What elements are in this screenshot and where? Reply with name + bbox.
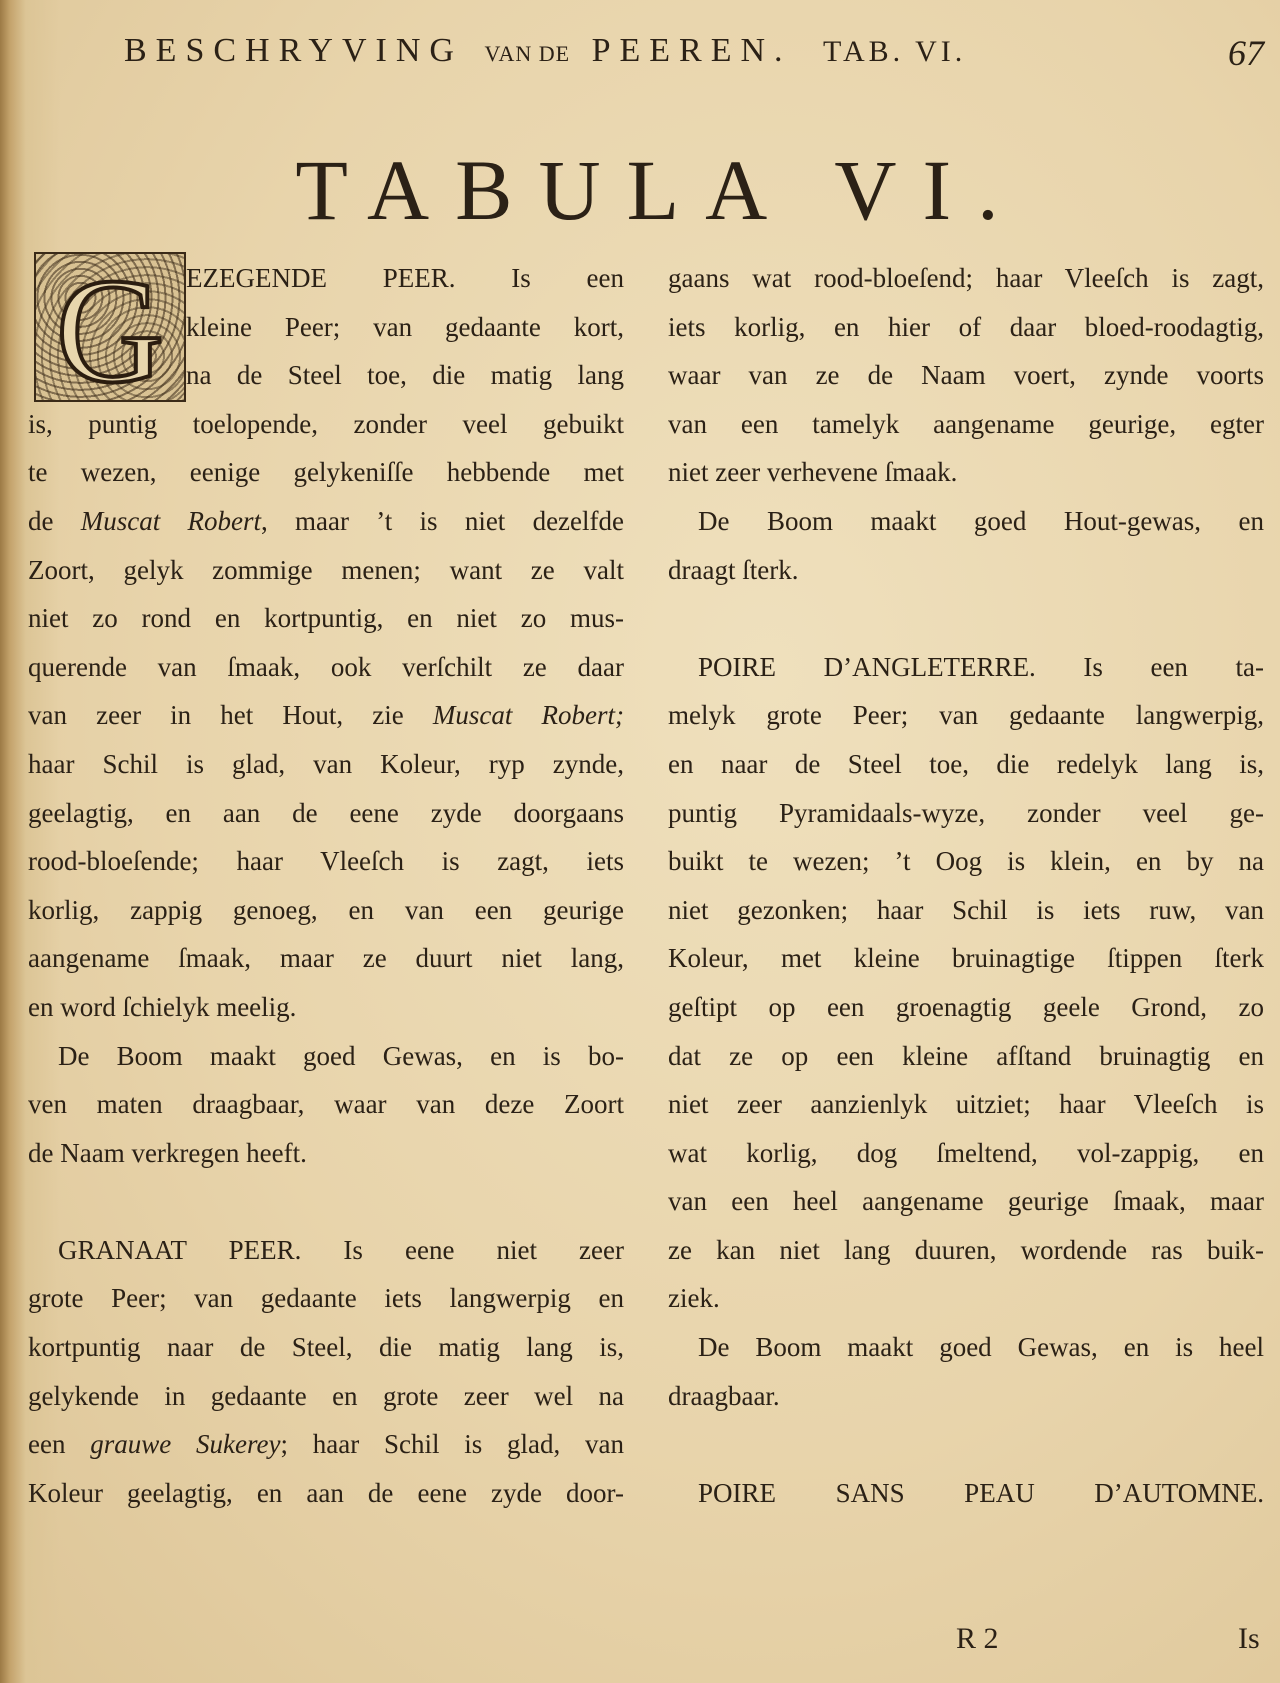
chapter-title: TABULA VI. [0,140,1280,240]
text-fragment: de [28,506,81,536]
text-line: Koleur geelagtig, en aan de eene zyde do… [28,1469,624,1518]
paragraph-gap [668,1420,1264,1469]
text-line: melyk grote Peer; van gedaante langwerpi… [668,691,1264,740]
text-fragment: ; haar Schil is glad, van [280,1429,624,1459]
text-line: draagbaar. [668,1372,1264,1421]
text-line: en word ſchielyk meelig. [28,983,624,1032]
page-number: 67 [1228,32,1264,74]
text-line: De Boom maakt goed Gewas, en is heel [668,1323,1264,1372]
text-line: draagt ſterk. [668,546,1264,595]
text-line: haar Schil is glad, van Koleur, ryp zynd… [28,740,624,789]
text-line: De Boom maakt goed Gewas, en is bo- [28,1032,624,1081]
text-line: iets korlig, en hier of daar bloed-rooda… [668,303,1264,352]
text-line: wat korlig, dog ſmeltend, vol-zappig, en [668,1129,1264,1178]
text-line: De Boom maakt goed Hout-gewas, en [668,497,1264,546]
paragraph-gap [668,594,1264,643]
text-line: ziek. [668,1274,1264,1323]
text-line: kortpuntig naar de Steel, die matig lang… [28,1323,624,1372]
book-page: BESCHRYVING VAN DE PEEREN. TAB. VI. 67 T… [0,0,1280,1683]
text-line: niet zeer aanzienlyk uitziet; haar Vleeſ… [668,1080,1264,1129]
text-line: de Muscat Robert, maar ’t is niet dezelf… [28,497,624,546]
text-line: Koleur, met kleine bruinagtige ſtippen ſ… [668,934,1264,983]
text-line: niet gezonken; haar Schil is iets ruw, v… [668,886,1264,935]
text-line: niet zo rond en kortpuntig, en niet zo m… [28,594,624,643]
text-line: EZEGENDE PEER. Is een [28,254,624,303]
running-head-word-van-de: VAN DE [484,41,570,66]
text-line: querende van ſmaak, ook verſchilt ze daa… [28,643,624,692]
left-text-column: EZEGENDE PEER. Is eenkleine Peer; van ge… [28,254,624,1517]
text-line: geelagtig, en aan de eene zyde doorgaans [28,789,624,838]
text-line: geſtipt op een groenagtig geele Grond, z… [668,983,1264,1032]
text-fragment: een [28,1429,90,1459]
text-line: is, puntig toelopende, zonder veel gebui… [28,400,624,449]
text-line: te wezen, eenige gelykeniſſe hebbende me… [28,448,624,497]
text-fragment: , maar ’t is niet dezelfde [261,506,624,536]
running-head: BESCHRYVING VAN DE PEEREN. TAB. VI. 67 [0,32,1280,80]
text-line: waar van ze de Naam voert, zynde voorts [668,351,1264,400]
text-line: dat ze op een kleine afſtand bruinagtig … [668,1032,1264,1081]
text-line: de Naam verkregen heeft. [28,1129,624,1178]
text-line: buikt te wezen; ’t Oog is klein, en by n… [668,837,1264,886]
running-head-title: BESCHRYVING VAN DE PEEREN. TAB. VI. [124,32,970,70]
text-line: aangename ſmaak, maar ze duurt niet lang… [28,934,624,983]
text-line: rood-bloeſende; haar Vleeſch is zagt, ie… [28,837,624,886]
text-line: niet zeer verhevene ſmaak. [668,448,1264,497]
right-text-column: gaans wat rood-bloeſend; haar Vleeſch is… [668,254,1264,1517]
text-line: een grauwe Sukerey; haar Schil is glad, … [28,1420,624,1469]
text-line: gaans wat rood-bloeſend; haar Vleeſch is… [668,254,1264,303]
text-line: gelykende in gedaante en grote zeer wel … [28,1372,624,1421]
running-head-word-peeren: PEEREN. [592,32,792,69]
text-line: POIRE D’ANGLETERRE. Is een ta- [668,643,1264,692]
italic-variety-name: grauwe Sukerey [90,1429,280,1459]
text-fragment: van zeer in het Hout, zie [28,700,433,730]
text-line: van een heel aangename geurige ſmaak, ma… [668,1177,1264,1226]
text-line: van een tamelyk aangename geurige, egter [668,400,1264,449]
text-line: GRANAAT PEER. Is eene niet zeer [28,1226,624,1275]
text-line: en naar de Steel toe, die redelyk lang i… [668,740,1264,789]
catchword: Is [1238,1622,1260,1656]
text-line: puntig Pyramidaals-wyze, zonder veel ge- [668,789,1264,838]
signature-mark: R 2 [956,1622,999,1656]
italic-variety-name: Muscat Robert; [433,700,624,730]
text-line: korlig, zappig genoeg, en van een geurig… [28,886,624,935]
italic-variety-name: Muscat Robert [81,506,261,536]
text-line: ze kan niet lang duuren, wordende ras bu… [668,1226,1264,1275]
running-head-tab: TAB. VI. [823,35,966,68]
running-head-word-beschryving: BESCHRYVING [124,32,463,69]
paragraph-gap [28,1177,624,1226]
text-line: ven maten draagbaar, waar van deze Zoort [28,1080,624,1129]
text-line: Zoort, gelyk zommige menen; want ze valt [28,546,624,595]
text-line: kleine Peer; van gedaante kort, [28,303,624,352]
text-line: van zeer in het Hout, zie Muscat Robert; [28,691,624,740]
text-line: POIRE SANS PEAU D’AUTOMNE. [668,1469,1264,1518]
text-line: na de Steel toe, die matig lang [28,351,624,400]
text-line: grote Peer; van gedaante iets langwerpig… [28,1274,624,1323]
